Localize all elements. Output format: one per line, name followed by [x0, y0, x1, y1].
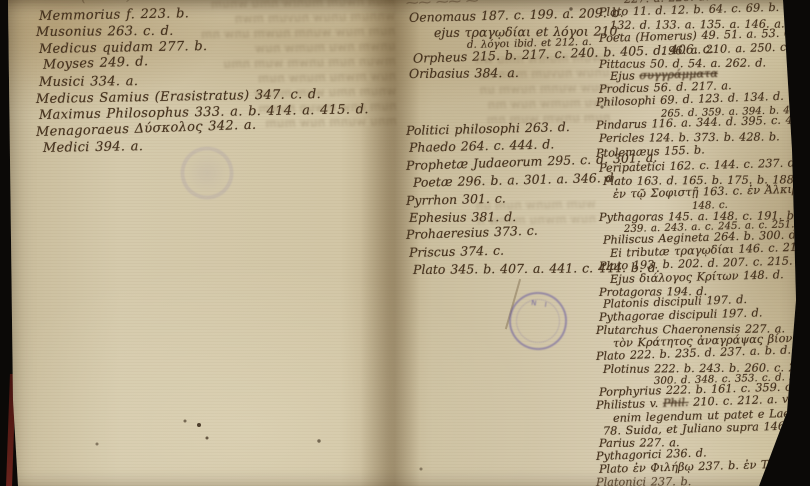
index-entry: Oribasius 384. a.: [406, 64, 616, 81]
manuscript-photo: mun nwum muniw nmu wnumwnnum unuw nuvum …: [0, 0, 810, 486]
left-page-index-column: ⁓⁓⁓ (⁓⁓⁓) ⁓. a.Memmorius f. 223. b.Muson…: [36, 0, 396, 158]
library-stamp: N I: [505, 288, 571, 354]
index-entry: Poetæ 296. b. a. 301. a. 346. d.: [406, 170, 616, 190]
index-entry: Orpheus 215. b. 217. c. 240. b. 405. d. …: [406, 44, 616, 66]
index-entry: Platonici 237. b.: [596, 475, 810, 486]
index-entry: Pyrrhon 301. c.: [406, 187, 616, 207]
index-entry: Priscus 374. c.: [406, 240, 616, 260]
right-page-column-2: 227. a. 226. d. 238. a. 237. d. 231. a.P…: [596, 0, 810, 486]
ink-specks: [0, 0, 2, 2]
right-page-column-1: ⁓⁓ ⁓⁓ ⁓Oenomaus 187. c. 199. a. 209. b.e…: [406, 0, 616, 277]
index-entry: Plato 345. b. 407. a. 441. c. 444. b. d.: [406, 260, 616, 277]
manuscript-spread: mun nwum muniw nmu wnumwnnum unuw nuvum …: [0, 0, 810, 486]
stamp-letters: N I: [513, 296, 568, 311]
